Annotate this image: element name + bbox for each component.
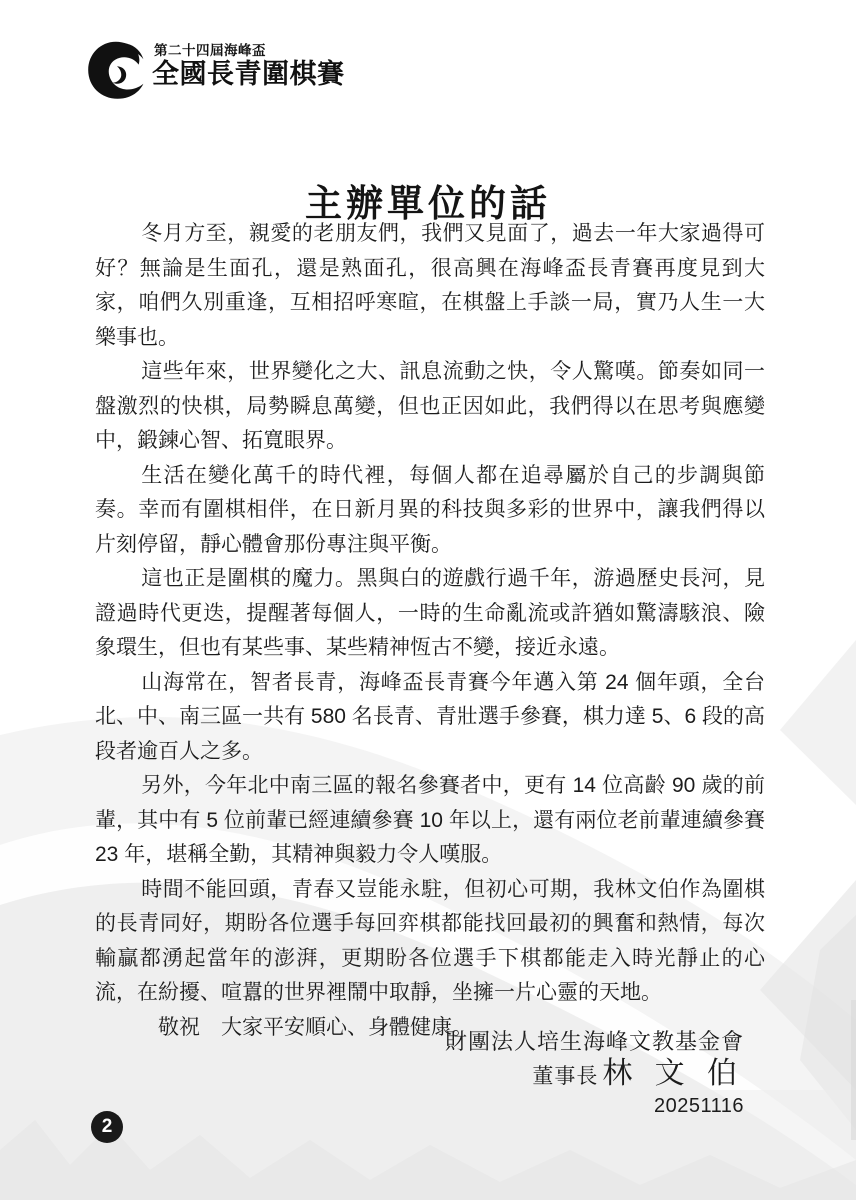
paragraph-4: 這也正是圍棋的魔力。黑與白的遊戲行過千年，游過歷史長河，見證過時代更迭，提醒著每… [95, 562, 765, 666]
paragraph-6: 另外，今年北中南三區的報名參賽者中，更有 14 位高齡 90 歲的前輩，其中有 … [95, 769, 765, 873]
paragraph-1: 冬月方至，親愛的老朋友們，我們又見面了，過去一年大家過得可好？無論是生面孔，還是… [95, 217, 765, 355]
signature-role: 董事長 [532, 1065, 598, 1088]
signature-organization: 財團法人培生海峰文教基金會 [445, 1028, 744, 1056]
document-page: 第二十四屆海峰盃 全國長青圍棋賽 主辦單位的話 冬月方至，親愛的老朋友們，我們又… [0, 0, 856, 1200]
haifeng-swirl-logo-icon [86, 40, 148, 100]
paragraph-2: 這些年來，世界變化之大、訊息流動之快，令人驚嘆。節奏如同一盤激烈的快棋，局勢瞬息… [95, 355, 765, 459]
logo-title: 全國長青圍棋賽 [152, 61, 345, 88]
event-logo: 第二十四屆海峰盃 全國長青圍棋賽 [86, 40, 345, 100]
signature-date: 20251116 [445, 1095, 744, 1118]
signature-name: 林 文 伯 [602, 1057, 744, 1090]
paragraph-5: 山海常在，智者長青，海峰盃長青賽今年邁入第 24 個年頭，全台北、中、南三區一共… [95, 666, 765, 770]
letter-body: 冬月方至，親愛的老朋友們，我們又見面了，過去一年大家過得可好？無論是生面孔，還是… [95, 217, 765, 1045]
logo-text: 第二十四屆海峰盃 全國長青圍棋賽 [152, 40, 345, 88]
paragraph-7: 時間不能回頭，青春又豈能永駐，但初心可期，我林文伯作為圍棋的長青同好，期盼各位選… [95, 873, 765, 1011]
logo-subtitle: 第二十四屆海峰盃 [154, 44, 345, 58]
signature-block: 財團法人培生海峰文教基金會 董事長林 文 伯 20251116 [445, 1028, 744, 1118]
signature-name-row: 董事長林 文 伯 [445, 1056, 744, 1095]
page-number-badge: 2 [91, 1111, 123, 1143]
paragraph-3: 生活在變化萬千的時代裡，每個人都在追尋屬於自己的步調與節奏。幸而有圍棋相伴，在日… [95, 459, 765, 563]
